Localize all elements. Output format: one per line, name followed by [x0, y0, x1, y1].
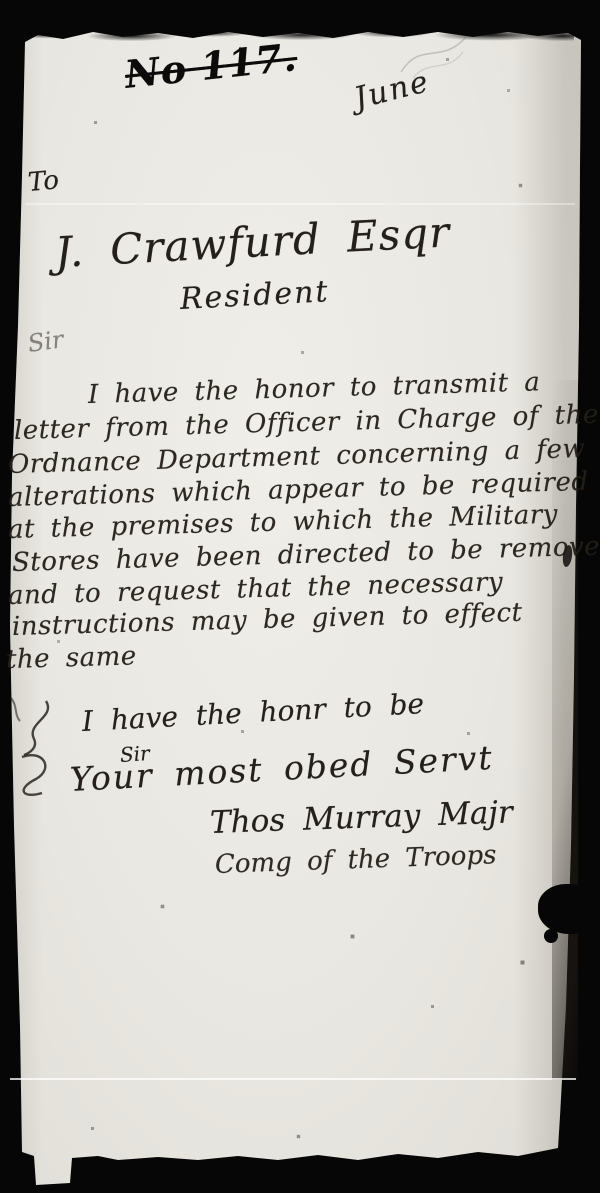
crease-line [25, 203, 575, 205]
ink-blot [538, 884, 600, 934]
crease-line [10, 1078, 576, 1080]
body-line: the same [6, 641, 138, 675]
salutation: Sir [26, 325, 65, 358]
margin-flourish [8, 695, 78, 805]
scan-background: No 117. ’ June To J. Crawfurd Esqr Resid… [0, 0, 600, 1193]
address-to-label: To [27, 165, 60, 198]
pencil-smudge [395, 28, 485, 83]
ink-specks [0, 0, 1, 1]
